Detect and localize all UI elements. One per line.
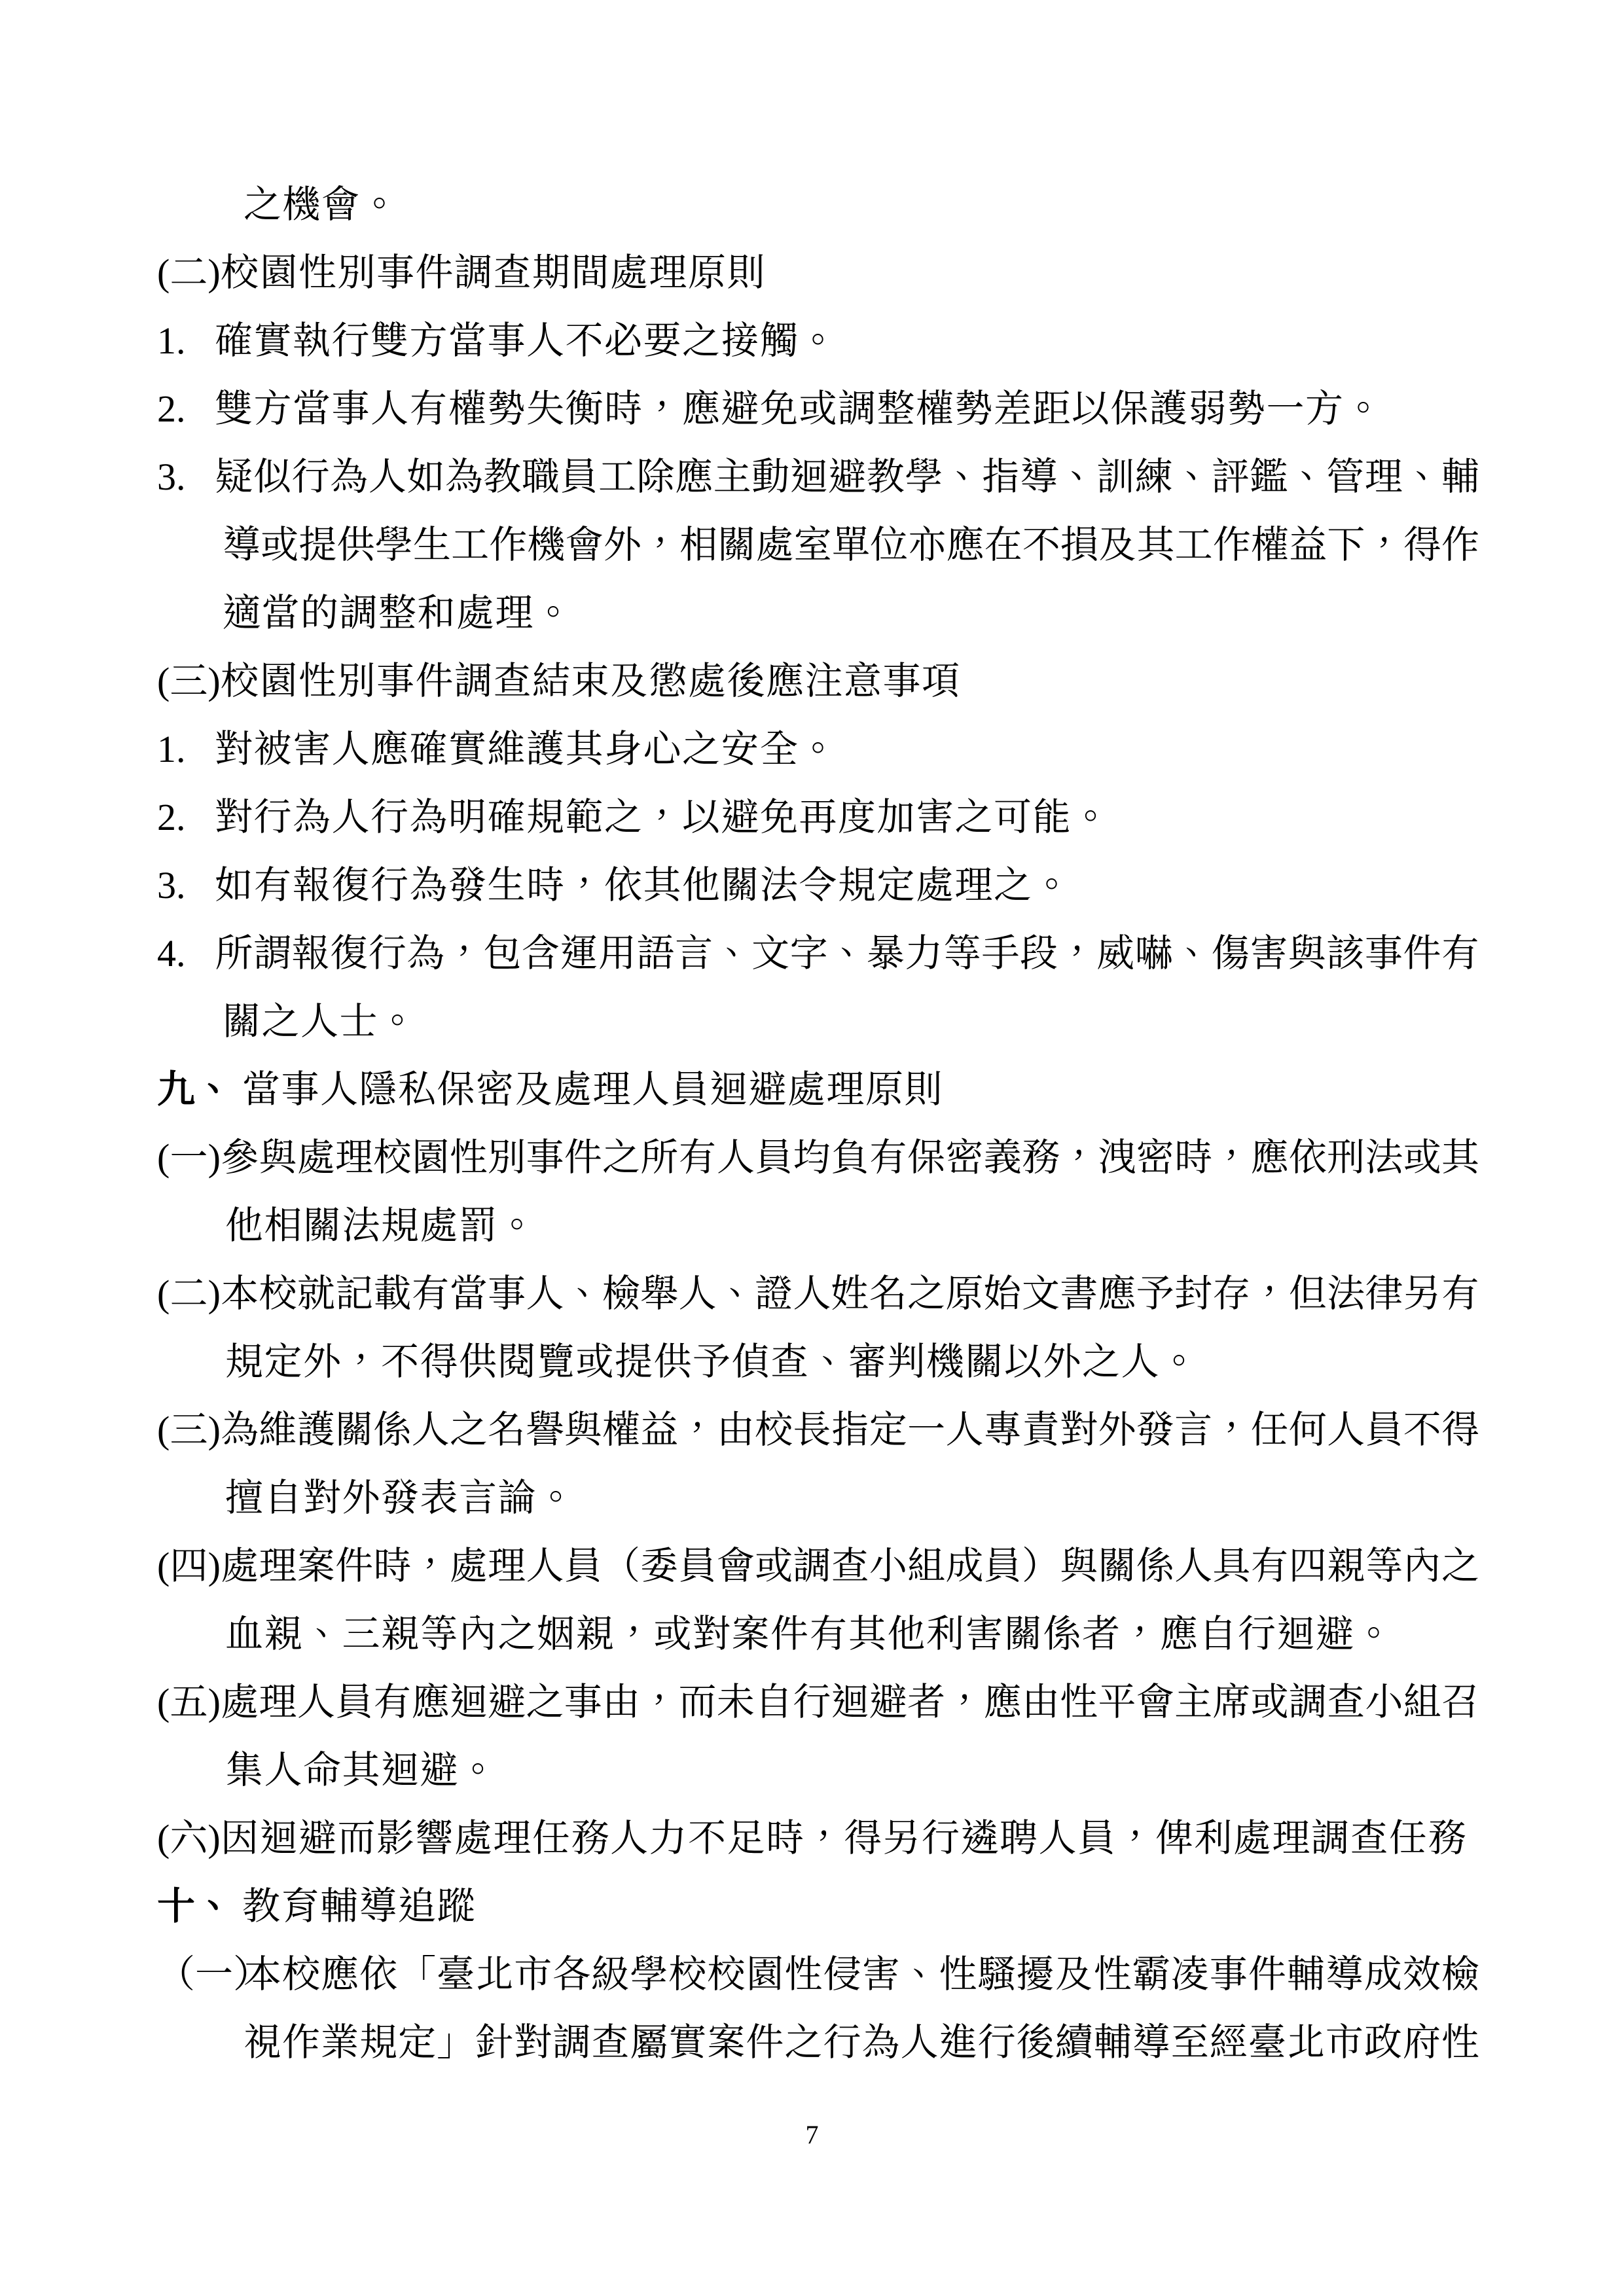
text-line: 適當的調整和處理。 (157, 579, 1479, 647)
document-page: 之機會。(二)校園性別事件調查期間處理原則1.確實執行雙方當事人不必要之接觸。2… (0, 0, 1624, 2296)
item-label: 4. (157, 920, 215, 988)
text-line: 擅自對外發表言論。 (157, 1464, 1479, 1532)
text-line: (一)參與處理校園性別事件之所有人員均負有保密義務，洩密時，應依刑法或其 (157, 1124, 1479, 1192)
item-label: 1. (157, 307, 215, 375)
line-text: 擅自對外發表言論。 (225, 1477, 576, 1519)
item-label: 3. (157, 852, 215, 920)
line-text: 規定外，不得供閱覽或提供予偵查、審判機關以外之人。 (225, 1340, 1199, 1383)
item-label: (三) (157, 1396, 221, 1464)
text-line: (二)校園性別事件調查期間處理原則 (157, 239, 1479, 307)
text-line: 4.所謂報復行為，包含運用語言、文字、暴力等手段，威嚇、傷害與該事件有 (157, 920, 1479, 988)
line-text: 教育輔導追蹤 (242, 1885, 476, 1928)
text-line: 3.如有報復行為發生時，依其他關法令規定處理之。 (157, 852, 1479, 920)
line-text: 適當的調整和處理。 (223, 592, 573, 634)
text-line: 導或提供學生工作機會外，相關處室單位亦應在不損及其工作權益下，得作 (157, 511, 1479, 579)
item-label: (二) (157, 1260, 221, 1328)
line-text: 當事人隱私保密及處理人員迴避處理原則 (242, 1068, 943, 1111)
line-text: 本校應依「臺北市各級學校校園性侵害、性騷擾及性霸凌事件輔導成效檢 (243, 1953, 1479, 1996)
item-label: (二) (157, 239, 221, 307)
text-line: 1.對被害人應確實維護其身心之安全。 (157, 715, 1479, 783)
text-line: 2.對行為人行為明確規範之，以避免再度加害之可能。 (157, 783, 1479, 852)
line-text: 本校就記載有當事人、檢舉人、證人姓名之原始文書應予封存，但法律另有 (221, 1272, 1479, 1315)
line-text: 關之人士。 (223, 1000, 418, 1043)
item-label: 1. (157, 715, 215, 783)
item-label: (五) (157, 1668, 221, 1736)
line-text: 導或提供學生工作機會外，相關處室單位亦應在不損及其工作權益下，得作 (223, 524, 1479, 566)
text-line: 3.疑似行為人如為教職員工除應主動迴避教學、指導、訓練、評鑑、管理、輔 (157, 443, 1479, 511)
line-text: 對行為人行為明確規範之，以避免再度加害之可能。 (215, 796, 1111, 838)
text-line: 血親、三親等內之姻親，或對案件有其他利害關係者，應自行迴避。 (157, 1600, 1479, 1668)
item-label: （一） (157, 1941, 243, 2009)
line-text: 處理人員有應迴避之事由，而未自行迴避者，應由性平會主席或調查小組召 (221, 1681, 1479, 1723)
item-label: (六) (157, 1804, 221, 1873)
line-text: 校園性別事件調查期間處理原則 (221, 251, 766, 294)
text-line: (三)為維護關係人之名譽與權益，由校長指定一人專責對外發言，任何人員不得 (157, 1396, 1479, 1464)
item-label: 2. (157, 783, 215, 852)
text-line: 規定外，不得供閱覽或提供予偵查、審判機關以外之人。 (157, 1328, 1479, 1396)
text-line: (六)因迴避而影響處理任務人力不足時，得另行遴聘人員，俾利處理調查任務。 (157, 1804, 1479, 1873)
text-line: (二)本校就記載有當事人、檢舉人、證人姓名之原始文書應予封存，但法律另有 (157, 1260, 1479, 1328)
item-label: (一) (157, 1124, 221, 1192)
line-text: 對被害人應確實維護其身心之安全。 (215, 728, 838, 770)
item-label: (三) (157, 647, 221, 715)
item-label: 九、 (157, 1056, 242, 1124)
line-text: 處理案件時，處理人員（委員會或調查小組成員）與關係人具有四親等內之 (221, 1545, 1479, 1587)
line-text: 因迴避而影響處理任務人力不足時，得另行遴聘人員，俾利處理調查任務。 (221, 1817, 1479, 1859)
line-text: 確實執行雙方當事人不必要之接觸。 (215, 319, 838, 362)
line-text: 他相關法規處罰。 (225, 1204, 537, 1247)
text-line: 九、當事人隱私保密及處理人員迴避處理原則 (157, 1056, 1479, 1124)
line-text: 視作業規定」針對調查屬實案件之行為人進行後續輔導至經臺北市政府性 (244, 2021, 1479, 2064)
item-label: 3. (157, 443, 215, 511)
item-label: (四) (157, 1532, 221, 1600)
line-text: 如有報復行為發生時，依其他關法令規定處理之。 (215, 864, 1072, 906)
line-text: 所謂報復行為，包含運用語言、文字、暴力等手段，威嚇、傷害與該事件有 (215, 932, 1479, 975)
page-number: 7 (0, 2119, 1624, 2151)
text-line: (五)處理人員有應迴避之事由，而未自行迴避者，應由性平會主席或調查小組召 (157, 1668, 1479, 1736)
text-line: 他相關法規處罰。 (157, 1192, 1479, 1260)
line-text: 雙方當事人有權勢失衡時，應避免或調整權勢差距以保護弱勢一方。 (215, 387, 1383, 430)
text-line: 1.確實執行雙方當事人不必要之接觸。 (157, 307, 1479, 375)
text-line: (四)處理案件時，處理人員（委員會或調查小組成員）與關係人具有四親等內之 (157, 1532, 1479, 1600)
text-line: 之機會。 (157, 171, 1479, 239)
line-text: 疑似行為人如為教職員工除應主動迴避教學、指導、訓練、評鑑、管理、輔 (215, 456, 1479, 498)
line-text: 為維護關係人之名譽與權益，由校長指定一人專責對外發言，任何人員不得 (221, 1408, 1479, 1451)
text-column: 之機會。(二)校園性別事件調查期間處理原則1.確實執行雙方當事人不必要之接觸。2… (157, 171, 1479, 2077)
line-text: 集人命其迴避。 (225, 1749, 498, 1791)
text-line: 2.雙方當事人有權勢失衡時，應避免或調整權勢差距以保護弱勢一方。 (157, 375, 1479, 443)
line-text: 參與處理校園性別事件之所有人員均負有保密義務，洩密時，應依刑法或其 (221, 1136, 1479, 1179)
text-line: 視作業規定」針對調查屬實案件之行為人進行後續輔導至經臺北市政府性 (157, 2009, 1479, 2077)
item-label: 2. (157, 375, 215, 443)
text-line: （一）本校應依「臺北市各級學校校園性侵害、性騷擾及性霸凌事件輔導成效檢 (157, 1941, 1479, 2009)
line-text: 之機會。 (244, 183, 399, 226)
text-line: 十、教育輔導追蹤 (157, 1873, 1479, 1941)
line-text: 血親、三親等內之姻親，或對案件有其他利害關係者，應自行迴避。 (225, 1613, 1394, 1655)
text-line: (三)校園性別事件調查結束及懲處後應注意事項 (157, 647, 1479, 715)
line-text: 校園性別事件調查結束及懲處後應注意事項 (221, 660, 961, 702)
item-label: 十、 (157, 1873, 242, 1941)
text-line: 關之人士。 (157, 988, 1479, 1056)
text-line: 集人命其迴避。 (157, 1736, 1479, 1804)
